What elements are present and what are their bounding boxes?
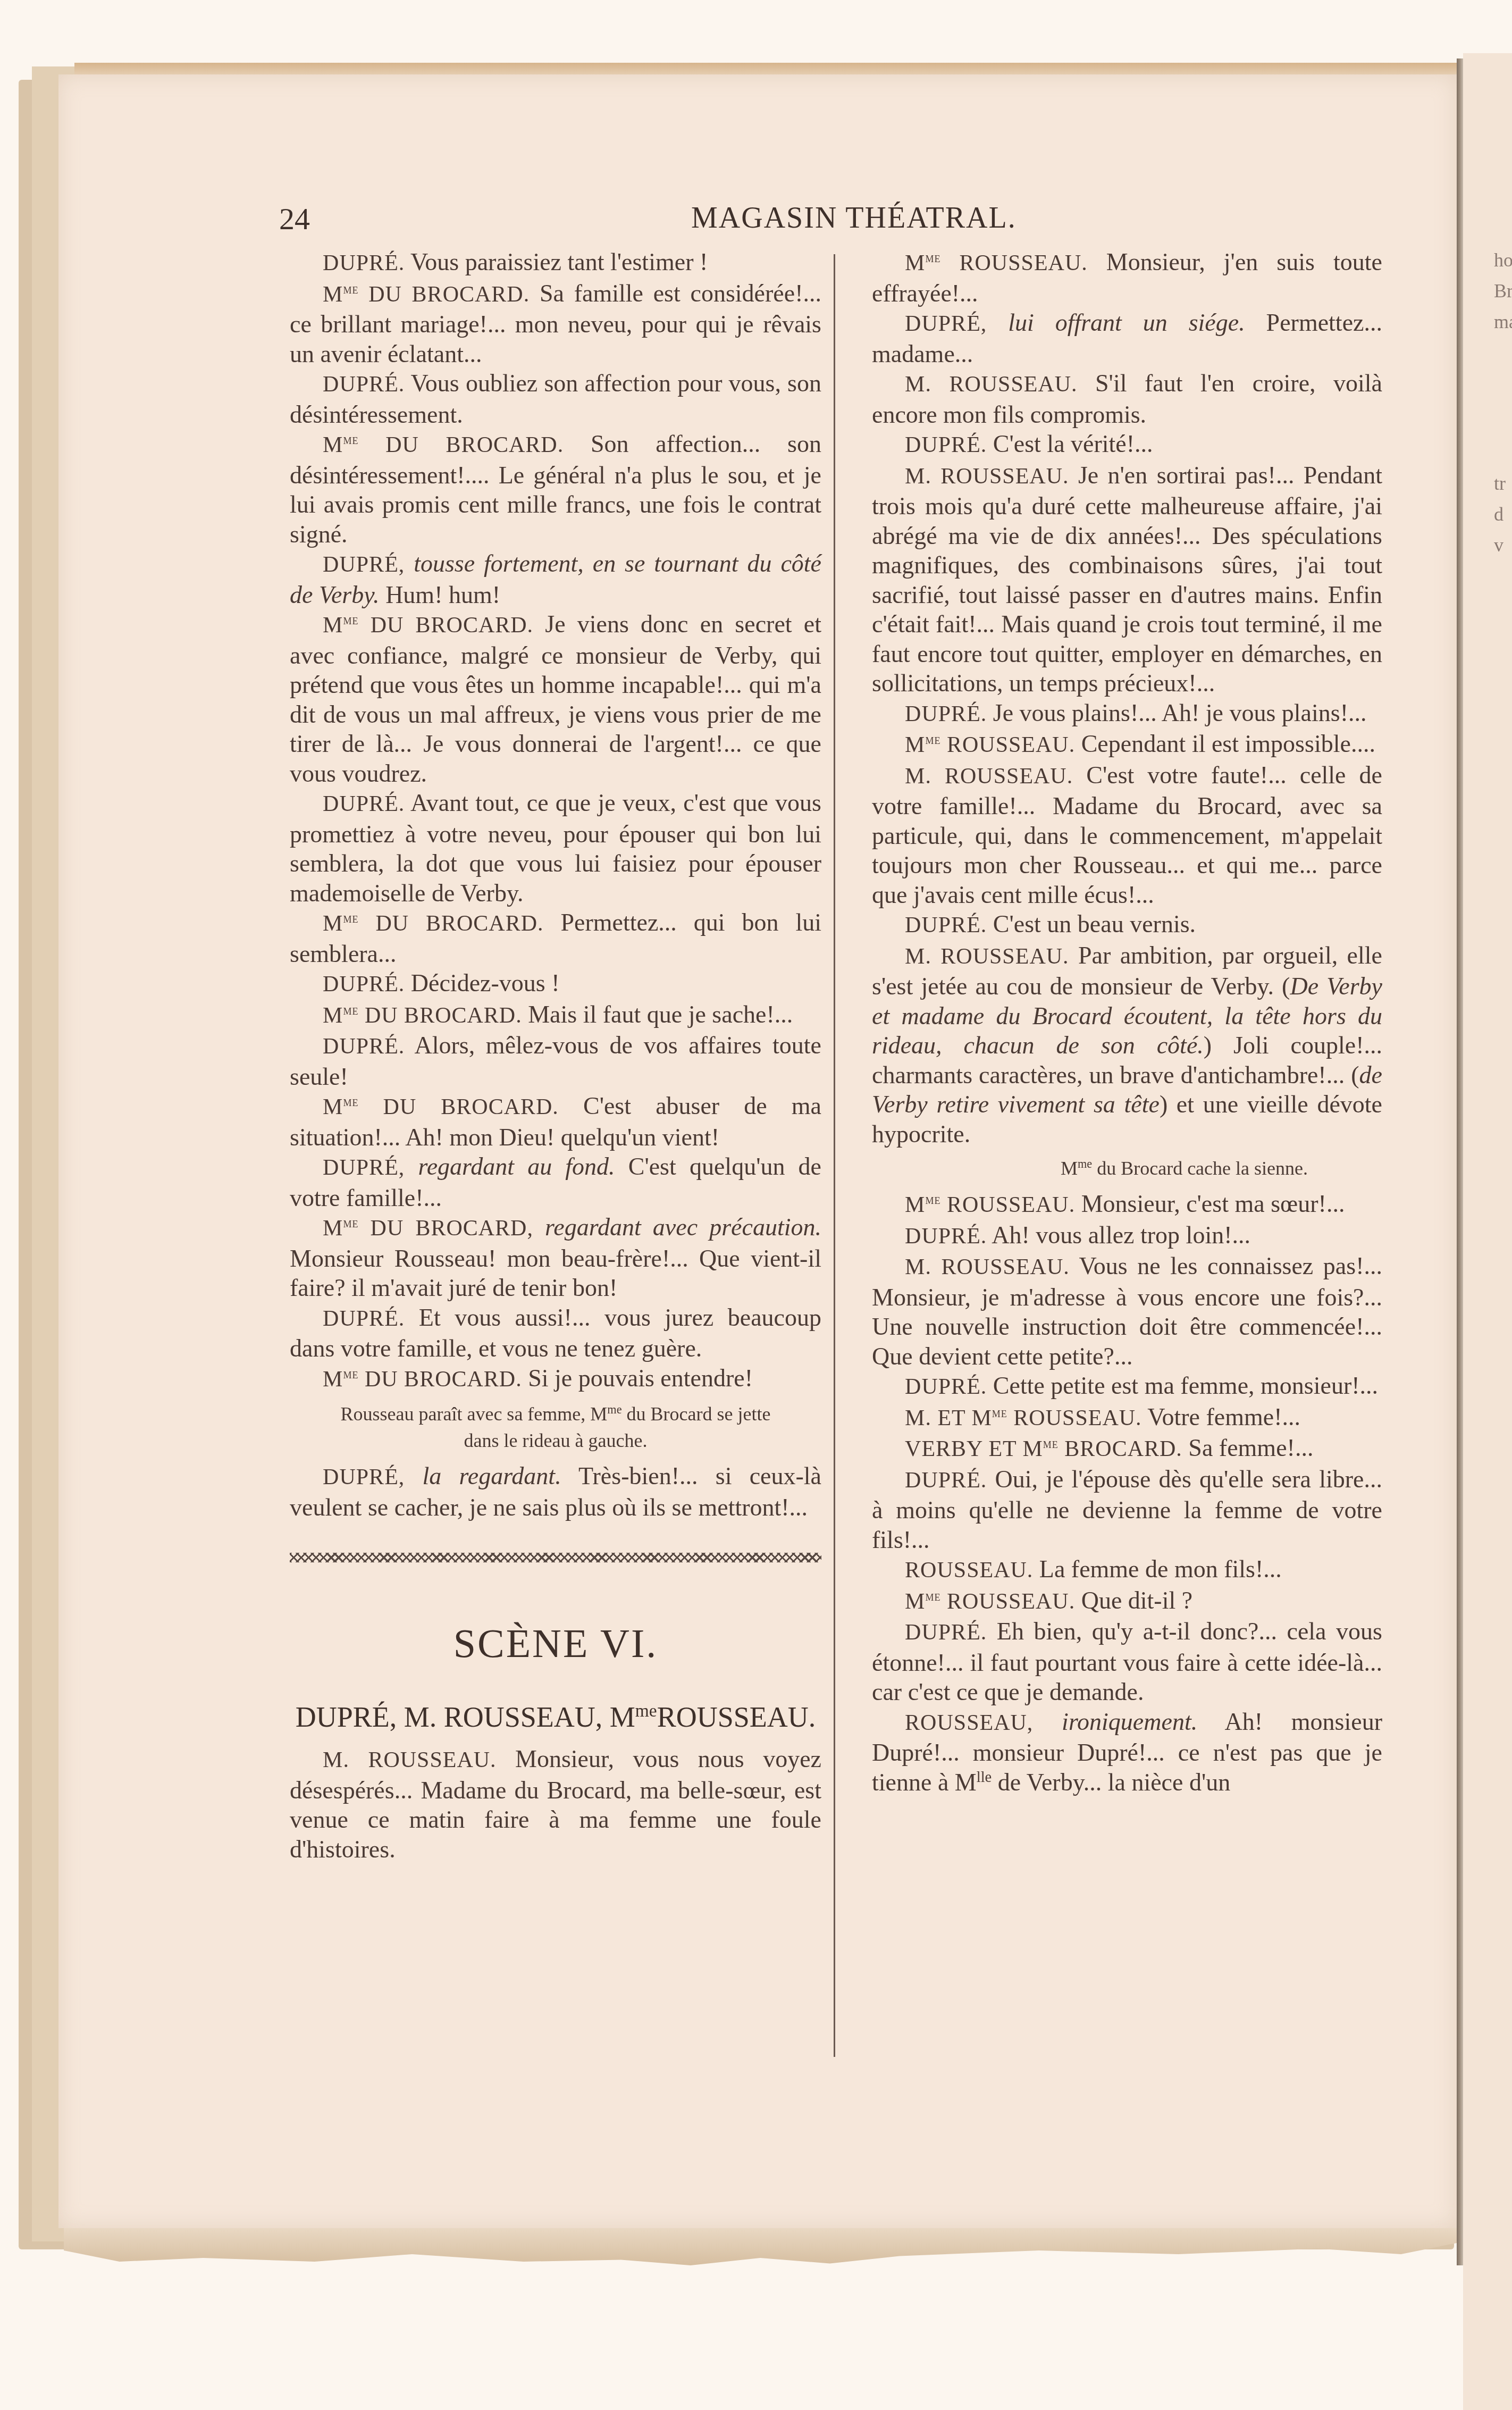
superscript: me xyxy=(635,1701,657,1721)
dialogue-list: Mme ROUSSEAU. Monsieur, j'en suis toute … xyxy=(872,247,1382,1149)
superscript: lle xyxy=(977,1769,992,1785)
superscript: me xyxy=(925,1192,940,1207)
speaker-name: Mme DU BROCARD. xyxy=(323,613,533,638)
speech: DUPRÉ. Alors, mêlez-vous de vos affaires… xyxy=(290,1031,821,1091)
stage-direction-text: dans le rideau à gauche. xyxy=(464,1430,648,1451)
speaker-name: DUPRÉ, xyxy=(323,1465,405,1489)
superscript: me xyxy=(343,432,358,447)
superscript: me xyxy=(1043,1436,1059,1451)
superscript: me xyxy=(343,910,358,926)
speech: Mme DU BROCARD. Sa famille est considéré… xyxy=(290,279,821,369)
speaker-name: M. ROUSSEAU. xyxy=(905,372,1078,397)
speech: DUPRÉ. Avant tout, ce que je veux, c'est… xyxy=(290,788,821,908)
superscript: me xyxy=(343,1215,358,1231)
speech: ROUSSEAU. La femme de mon fils!... xyxy=(872,1554,1382,1586)
dialogue-list: Mme ROUSSEAU. Monsieur, c'est ma sœur!..… xyxy=(872,1189,1382,1797)
speech: Mme ROUSSEAU. Monsieur, c'est ma sœur!..… xyxy=(872,1189,1382,1220)
superscript: me xyxy=(343,281,358,297)
speech: DUPRÉ, la regardant. Très-bien!... si ce… xyxy=(290,1461,821,1522)
speaker-name: Mme DU BROCARD, xyxy=(323,1216,533,1241)
speaker-name: DUPRÉ. xyxy=(323,372,405,397)
speaker-name: Mme DU BROCARD. xyxy=(323,1003,522,1028)
speaker-name: Mme DU BROCARD. xyxy=(323,433,564,457)
speech: DUPRÉ. Vous oubliez son affection pour v… xyxy=(290,369,821,429)
speaker-name: Mme DU BROCARD. xyxy=(323,911,543,936)
speech: DUPRÉ. Vous paraissiez tant l'estimer ! xyxy=(290,247,821,279)
speaker-name: DUPRÉ. xyxy=(323,792,405,816)
speaker-name: DUPRÉ, xyxy=(323,1156,405,1180)
speaker-name: Mme ROUSSEAU. xyxy=(905,733,1075,757)
facing-page-fragment: d xyxy=(1494,499,1503,530)
dialogue-list: DUPRÉ. Vous paraissiez tant l'estimer !M… xyxy=(290,247,821,1394)
stage-direction: Mme du Brocard cache la sienne. xyxy=(872,1155,1382,1182)
speech: M. ROUSSEAU. Je n'en sortirai pas!... Pe… xyxy=(872,461,1382,698)
superscript: me xyxy=(925,250,940,265)
speech: DUPRÉ. Je vous plains!... Ah! je vous pl… xyxy=(872,698,1382,730)
superscript: me xyxy=(343,612,358,627)
book-gutter xyxy=(1457,58,1463,2265)
speech: DUPRÉ, regardant au fond. C'est quelqu'u… xyxy=(290,1152,821,1212)
page-number: 24 xyxy=(279,201,310,237)
speaker-name: Mme DU BROCARD. xyxy=(323,282,530,307)
superscript: me xyxy=(925,1588,940,1604)
speaker-name: Mme ROUSSEAU. xyxy=(905,251,1088,275)
speech: M. ROUSSEAU. C'est votre faute!... celle… xyxy=(872,760,1382,910)
speaker-name: M. ROUSSEAU. xyxy=(905,464,1069,489)
speaker-name: DUPRÉ, xyxy=(323,553,405,577)
speech: Mme ROUSSEAU. Que dit-il ? xyxy=(872,1586,1382,1617)
speaker-name: DUPRÉ. xyxy=(905,913,987,938)
superscript: me xyxy=(343,1366,358,1382)
speech: M. ROUSSEAU. Monsieur, vous nous voyez d… xyxy=(290,1744,821,1864)
stage-direction-inline: ironiquement. xyxy=(1062,1708,1197,1735)
speaker-name: M. ROUSSEAU. xyxy=(323,1748,497,1772)
speech: DUPRÉ. Eh bien, qu'y a-t-il donc?... cel… xyxy=(872,1617,1382,1707)
superscript: me xyxy=(1078,1157,1092,1170)
speaker-name: Mme DU BROCARD. xyxy=(323,1095,559,1119)
speech: DUPRÉ. Cette petite est ma femme, monsie… xyxy=(872,1371,1382,1402)
speech: M. ROUSSEAU. S'il faut l'en croire, voil… xyxy=(872,369,1382,429)
speech: DUPRÉ. Décidez-vous ! xyxy=(290,968,821,1000)
dialogue-list: DUPRÉ, la regardant. Très-bien!... si ce… xyxy=(290,1461,821,1522)
speaker-name: DUPRÉ. xyxy=(905,702,987,726)
stage-direction-inline: la regardant. xyxy=(423,1462,561,1489)
speech: Mme DU BROCARD. Mais il faut que je sach… xyxy=(290,1000,821,1031)
speaker-name: DUPRÉ. xyxy=(905,1620,987,1645)
speech: M. ROUSSEAU. Vous ne les connaissez pas!… xyxy=(872,1251,1382,1371)
speaker-name: DUPRÉ. xyxy=(905,433,987,457)
speaker-name: DUPRÉ. xyxy=(323,251,405,275)
superscript: me xyxy=(343,1094,358,1109)
speech: Mme ROUSSEAU. Cependant il est impossibl… xyxy=(872,729,1382,760)
speech: M. ET Mme ROUSSEAU. Votre femme!... xyxy=(872,1402,1382,1434)
speech: Mme ROUSSEAU. Monsieur, j'en suis toute … xyxy=(872,247,1382,308)
speaker-name: Mme ROUSSEAU. xyxy=(905,1193,1075,1217)
scene-title: SCÈNE VI. xyxy=(290,1620,821,1668)
speaker-name: DUPRÉ, xyxy=(905,312,987,336)
speech: Mme DU BROCARD. Si je pouvais entendre! xyxy=(290,1363,821,1395)
speaker-name: DUPRÉ. xyxy=(905,1375,987,1399)
speaker-name: DUPRÉ. xyxy=(323,972,405,997)
speech: VERBY ET Mme BROCARD. Sa femme!... xyxy=(872,1433,1382,1465)
speaker-name: DUPRÉ. xyxy=(905,1224,987,1249)
superscript: me xyxy=(992,1405,1007,1420)
decorative-wavy-rule xyxy=(290,1553,821,1562)
page-bottom-ragged-edge xyxy=(64,2228,1457,2265)
column-divider xyxy=(834,254,835,2057)
speaker-name: M. ROUSSEAU. xyxy=(905,944,1069,969)
speech: M. ROUSSEAU. Par ambition, par orgueil, … xyxy=(872,941,1382,1149)
speech: DUPRÉ. Ah! vous allez trop loin!... xyxy=(872,1220,1382,1252)
speaker-name: DUPRÉ. xyxy=(905,1468,987,1493)
speaker-name: ROUSSEAU. xyxy=(905,1558,1033,1583)
speaker-name: M. ROUSSEAU. xyxy=(905,764,1073,789)
cast-text: ROUSSEAU. xyxy=(657,1701,816,1733)
stage-direction-inline: De Verby et madame du Brocard écoutent, … xyxy=(872,973,1382,1059)
stage-direction: Rousseau paraît avec sa femme, Mme du Br… xyxy=(290,1401,821,1454)
speaker-name: VERBY ET Mme BROCARD. xyxy=(905,1437,1182,1461)
speaker-name: M. ROUSSEAU. xyxy=(905,1255,1070,1279)
speech: DUPRÉ. C'est un beau vernis. xyxy=(872,909,1382,941)
speaker-name: DUPRÉ. xyxy=(323,1307,405,1331)
speech: ROUSSEAU, ironiquement. Ah! monsieur Dup… xyxy=(872,1707,1382,1797)
stage-direction-inline: regardant au fond. xyxy=(418,1153,615,1180)
scene-cast-list: DUPRÉ, M. ROUSSEAU, MmeROUSSEAU. xyxy=(290,1700,821,1735)
facing-page-fragment: Br xyxy=(1494,275,1512,306)
speech: DUPRÉ, lui offrant un siége. Permettez..… xyxy=(872,308,1382,369)
stage-direction-inline: de Verby retire vivement sa tête xyxy=(872,1061,1382,1118)
speaker-name: DUPRÉ. xyxy=(323,1034,405,1059)
speaker-name: Mme ROUSSEAU. xyxy=(905,1589,1075,1614)
left-column: DUPRÉ. Vous paraissiez tant l'estimer !M… xyxy=(290,247,821,1864)
speaker-name: ROUSSEAU, xyxy=(905,1711,1033,1735)
speech: Mme DU BROCARD. Son affection... son dés… xyxy=(290,429,821,549)
speech: DUPRÉ. C'est la vérité!... xyxy=(872,429,1382,461)
speech: DUPRÉ, tousse fortement, en se tournant … xyxy=(290,549,821,609)
superscript: me xyxy=(607,1403,621,1416)
speech: DUPRÉ. Et vous aussi!... vous jurez beau… xyxy=(290,1303,821,1363)
superscript: me xyxy=(343,1002,358,1018)
speech: DUPRÉ. Oui, je l'épouse dès qu'elle sera… xyxy=(872,1465,1382,1555)
stage-direction-inline: regardant avec précaution. xyxy=(545,1214,821,1241)
speech: Mme DU BROCARD. C'est abuser de ma situa… xyxy=(290,1091,821,1152)
superscript: me xyxy=(925,732,940,747)
facing-page-fragment: ma xyxy=(1494,306,1512,337)
facing-page-fragment: hon xyxy=(1494,245,1512,275)
stage-direction-inline: lui offrant un siége. xyxy=(1008,309,1245,336)
facing-page-fragment: tr xyxy=(1494,468,1506,499)
cast-text: DUPRÉ, M. ROUSSEAU, M xyxy=(296,1701,635,1733)
stage-direction-text: Rousseau paraît avec sa femme, M xyxy=(341,1403,608,1425)
speech: Mme DU BROCARD. Permettez... qui bon lui… xyxy=(290,908,821,968)
facing-page-fragment: v xyxy=(1494,530,1503,560)
dialogue-list: M. ROUSSEAU. Monsieur, vous nous voyez d… xyxy=(290,1744,821,1864)
facing-page xyxy=(1463,53,1512,2410)
stage-direction-text: M xyxy=(1061,1158,1078,1179)
right-column: Mme ROUSSEAU. Monsieur, j'en suis toute … xyxy=(872,247,1382,1797)
speech: Mme DU BROCARD. Je viens donc en secret … xyxy=(290,609,821,788)
stage-direction-text: du Brocard se jette xyxy=(622,1403,771,1425)
speaker-name: Mme DU BROCARD. xyxy=(323,1367,522,1392)
speaker-name: M. ET Mme ROUSSEAU. xyxy=(905,1406,1141,1430)
speech: Mme DU BROCARD, regardant avec précautio… xyxy=(290,1212,821,1303)
stage-direction-text: du Brocard cache la sienne. xyxy=(1092,1158,1308,1179)
running-title: MAGASIN THÉATRAL. xyxy=(691,201,1017,235)
